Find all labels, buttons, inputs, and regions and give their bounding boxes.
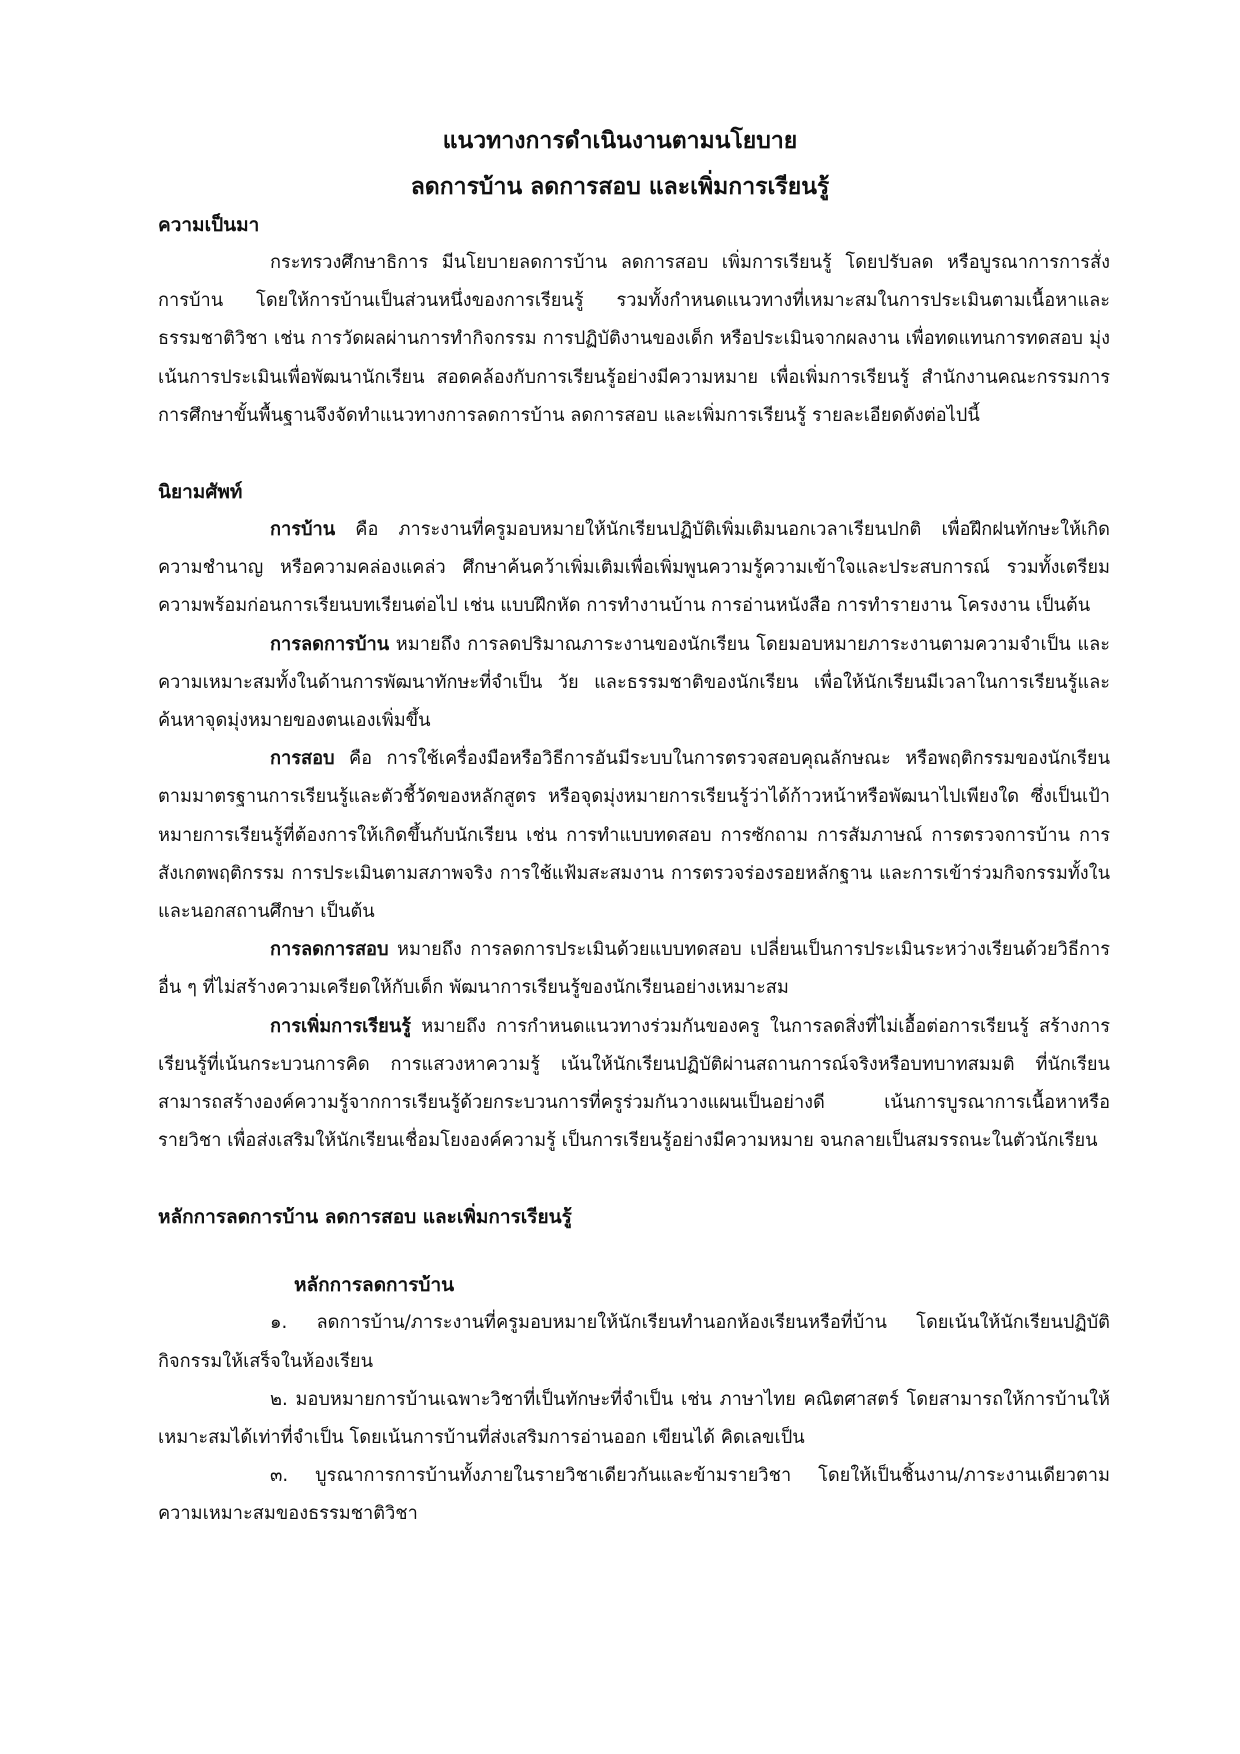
definition-reduce-homework: การลดการบ้าน หมายถึง การลดปริมาณภาระงานข… <box>158 626 1110 741</box>
document-title: แนวทางการดำเนินงานตามนโยบาย ลดการบ้าน ลด… <box>0 118 1240 210</box>
document-page: แนวทางการดำเนินงานตามนโยบาย ลดการบ้าน ลด… <box>0 0 1240 1754</box>
definition-term: การลดการสอบ <box>270 939 389 960</box>
background-paragraph: กระทรวงศึกษาธิการ มีนโยบายลดการบ้าน ลดกา… <box>158 244 1110 435</box>
principle-item-2: ๒. มอบหมายการบ้านเฉพาะวิชาที่เป็นทักษะที… <box>158 1381 1110 1457</box>
title-line-2: ลดการบ้าน ลดการสอบ และเพิ่มการเรียนรู้ <box>0 164 1240 210</box>
principle-item-1: ๑. ลดการบ้าน/ภาระงานที่ครูมอบหมายให้นักเ… <box>158 1304 1110 1380</box>
definitions-heading: นิยามศัพท์ <box>158 473 1110 511</box>
principle-item-3: ๓. บูรณาการการบ้านทั้งภายในรายวิชาเดียวก… <box>158 1457 1110 1533</box>
definition-exam: การสอบ คือ การใช้เครื่องมือหรือวิธีการอั… <box>158 740 1110 931</box>
definition-term: การบ้าน <box>270 519 335 540</box>
definition-term: การสอบ <box>270 748 335 769</box>
background-text: กระทรวงศึกษาธิการ มีนโยบายลดการบ้าน ลดกา… <box>158 252 1110 426</box>
section-spacer <box>158 1236 1110 1266</box>
definition-term: การลดการบ้าน <box>270 634 389 655</box>
definition-increase-learning: การเพิ่มการเรียนรู้ หมายถึง การกำหนดแนวท… <box>158 1008 1110 1161</box>
background-section: ความเป็นมา กระทรวงศึกษาธิการ มีนโยบายลดก… <box>158 206 1110 435</box>
definition-term: การเพิ่มการเรียนรู้ <box>270 1016 411 1037</box>
definition-homework: การบ้าน คือ ภาระงานที่ครูมอบหมายให้นักเร… <box>158 511 1110 626</box>
definition-reduce-exam: การลดการสอบ หมายถึง การลดการประเมินด้วยแ… <box>158 931 1110 1007</box>
section-spacer <box>158 1160 1110 1198</box>
principle-text: ๑. ลดการบ้าน/ภาระงานที่ครูมอบหมายให้นักเ… <box>158 1312 1110 1371</box>
definition-text: คือ การใช้เครื่องมือหรือวิธีการอันมีระบบ… <box>158 748 1110 922</box>
principles-section: หลักการลดการบ้าน ลดการสอบ และเพิ่มการเรี… <box>158 1198 1110 1533</box>
principles-subheading: หลักการลดการบ้าน <box>158 1266 1110 1304</box>
principle-text: ๓. บูรณาการการบ้านทั้งภายในรายวิชาเดียวก… <box>158 1465 1110 1524</box>
definitions-section: นิยามศัพท์ การบ้าน คือ ภาระงานที่ครูมอบห… <box>158 473 1110 1160</box>
section-spacer <box>158 435 1110 473</box>
principles-heading: หลักการลดการบ้าน ลดการสอบ และเพิ่มการเรี… <box>158 1198 1110 1236</box>
principle-text: ๒. มอบหมายการบ้านเฉพาะวิชาที่เป็นทักษะที… <box>158 1389 1110 1448</box>
title-line-1: แนวทางการดำเนินงานตามนโยบาย <box>0 118 1240 164</box>
background-heading: ความเป็นมา <box>158 206 1110 244</box>
document-body: ความเป็นมา กระทรวงศึกษาธิการ มีนโยบายลดก… <box>158 206 1110 1534</box>
